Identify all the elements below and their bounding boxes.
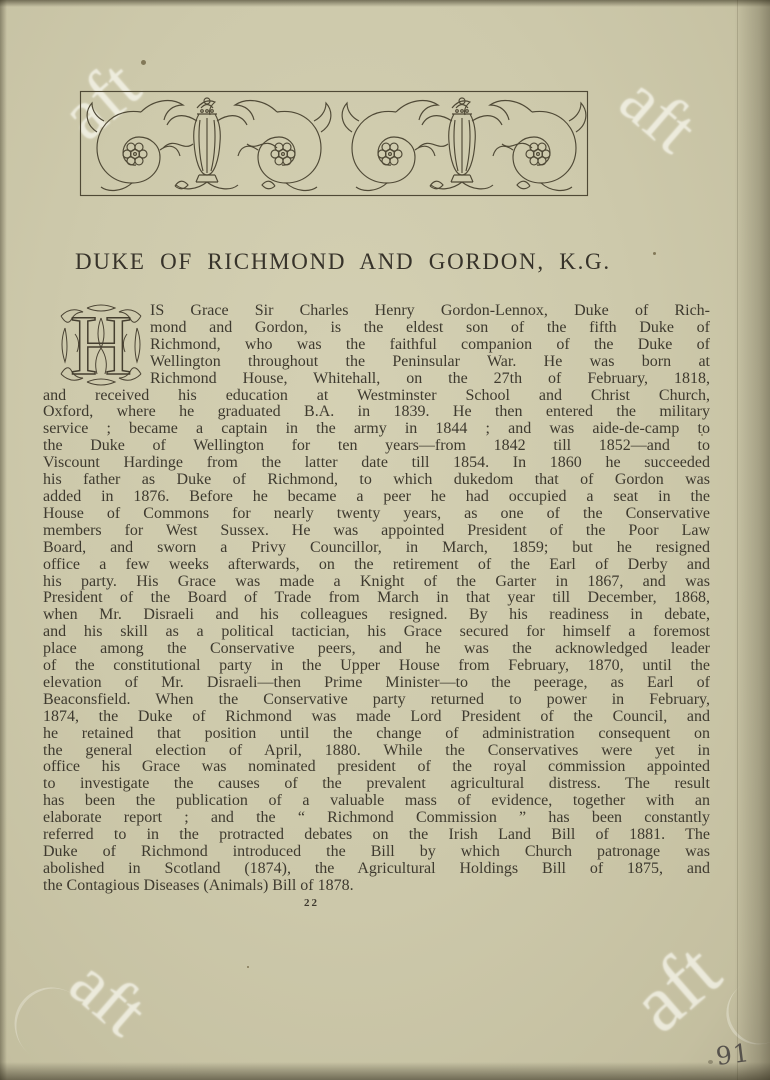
body-line: when Mr. Disraeli and his colleagues res… <box>43 607 710 624</box>
ornament-band <box>79 90 589 197</box>
body-line: House of Commons for nearly twenty years… <box>43 506 710 523</box>
body-line: of the constitutional party in the Upper… <box>43 658 710 675</box>
body-line: and his skill as a political tactician, … <box>43 624 710 641</box>
body-line: President of the Board of Trade from Mar… <box>43 590 710 607</box>
paper-watermark: aft <box>618 930 734 1046</box>
page-title: DUKE OF RICHMOND AND GORDON, K.G. <box>75 249 611 275</box>
page-edge-right <box>734 0 770 1080</box>
scanned-book-page: aft aft aft aft <box>0 0 770 1080</box>
body-line: members for West Sussex. He was appointe… <box>43 523 710 540</box>
body-line: his father as Duke of Richmond, to which… <box>43 472 710 489</box>
paper-watermark: aft <box>607 64 709 165</box>
body-line: he retained that position until the chan… <box>43 726 710 743</box>
body-line: the Duke of Wellington for ten years—fro… <box>43 438 710 455</box>
body-line: abolished in Scotland (1874), the Agricu… <box>43 861 710 878</box>
body-line: Board, and sworn a Privy Councillor, in … <box>43 540 710 557</box>
body-line: place among the Conservative peers, and … <box>43 641 710 658</box>
page-number: 22 <box>304 897 319 909</box>
page-edge-left <box>0 0 7 1080</box>
page-edge-line <box>737 0 738 1080</box>
body-line: Duke of Richmond introduced the Bill by … <box>43 844 710 861</box>
body-line: to investigate the causes of the prevale… <box>43 776 710 793</box>
body-line: referred to in the protracted debates on… <box>43 827 710 844</box>
drop-cap: H <box>57 304 145 386</box>
page-edge-top <box>0 0 770 7</box>
drop-cap-letter: H <box>70 304 132 386</box>
body-line: elaborate report ; and the “ Richmond Co… <box>43 810 710 827</box>
body-line: has been the publication of a valuable m… <box>43 793 710 810</box>
paper-speck <box>141 60 146 65</box>
body-line: Viscount Hardinge from the latter date t… <box>43 455 710 472</box>
paper-speck <box>247 966 249 968</box>
body-line: 1874, the Duke of Richmond was made Lord… <box>43 709 710 726</box>
body-text: H IS Grace Sir Charles Henry Gordon-Lenn… <box>43 303 710 895</box>
body-paragraph: and received his education at Westminste… <box>43 388 710 895</box>
body-line: service ; became a captain in the army i… <box>43 421 710 438</box>
body-line: Oxford, where he graduated B.A. in 1839.… <box>43 404 710 421</box>
paper-watermark: aft <box>57 947 159 1048</box>
pencil-dot <box>708 1060 713 1064</box>
body-line: the Contagious Diseases (Animals) Bill o… <box>43 878 710 895</box>
body-line: and received his education at Westminste… <box>43 388 710 405</box>
body-line: office his Grace was nominated president… <box>43 759 710 776</box>
body-line: the general election of April, 1880. Whi… <box>43 743 710 760</box>
paper-speck <box>653 252 656 255</box>
body-line: his party. His Grace was made a Knight o… <box>43 574 710 591</box>
body-line: office a few weeks afterwards, on the re… <box>43 557 710 574</box>
handwritten-folio-number: 91 <box>714 1038 751 1071</box>
body-line: added in 1876. Before he became a peer h… <box>43 489 710 506</box>
page-edge-bottom <box>0 1062 770 1080</box>
body-line: elevation of Mr. Disraeli—then Prime Min… <box>43 675 710 692</box>
body-line: Beaconsfield. When the Conservative part… <box>43 692 710 709</box>
